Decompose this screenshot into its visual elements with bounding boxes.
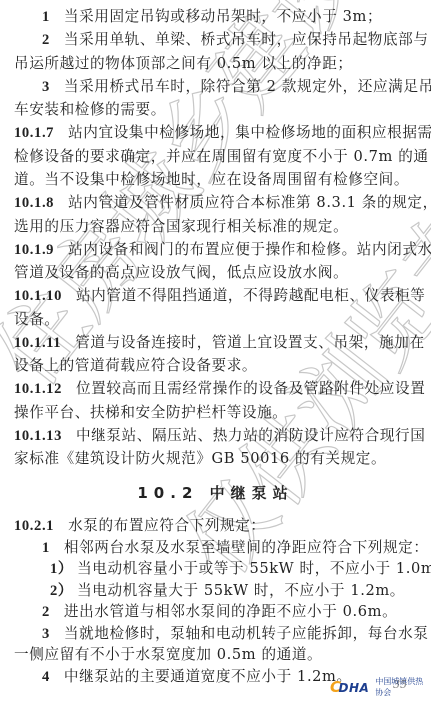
text-line: 选用的压力容器应符合国家现行相关标准的规定。 bbox=[14, 217, 421, 237]
text-line: 管道及设备的高点应设放气阀，低点应设放水阀。 bbox=[14, 263, 421, 283]
section-title: 10.2 中继泵站 bbox=[0, 482, 431, 503]
text-line: 家标准《建筑设计防火规范》GB 50016 的有关规定。 bbox=[14, 449, 421, 469]
list-subitem: 2）当电动机容量大于 55kW 时，不应小于 1.2m。 bbox=[50, 581, 421, 601]
text-line: 设备。 bbox=[14, 310, 421, 330]
list-item: 1相邻两台水泵及水泵至墙壁间的净距应符合下列规定： bbox=[42, 538, 421, 558]
clause-number: 10.1.11 bbox=[14, 335, 61, 351]
document-page: 住房城乡建设部信息公开 仅供浏览专用 1当采用固定吊钩或移动吊架时，不应小于 3… bbox=[0, 0, 431, 704]
text-line: 车安装和检修的需要。 bbox=[14, 100, 421, 120]
list-item: 2进出水管道与相邻水泵间的净距不应小于 0.6m。 bbox=[42, 602, 421, 622]
clause-number: 10.1.9 bbox=[14, 242, 54, 258]
text-line: 一侧应留有不小于水泵宽度加 0.5m 的通道。 bbox=[14, 645, 421, 665]
text-line: 道。当不设集中检修场地时，应在设备周围留有检修空间。 bbox=[14, 170, 421, 190]
cdha-logo: CDHA 中国城镇供热协会 bbox=[330, 676, 431, 698]
clause: 10.1.13中继泵站、隔压站、热力站的消防设计应符合现行国 bbox=[14, 426, 421, 446]
clause: 10.1.10站内管道不得阻挡通道，不得跨越配电柜、仪表柜等 bbox=[14, 286, 421, 306]
clause-number: 10.2.1 bbox=[14, 518, 54, 534]
list-item: 2当采用单轨、单梁、桥式吊车时，应保持吊起物底部与 bbox=[42, 30, 421, 50]
list-item: 3当采用桥式吊车时，除符合第 2 款规定外，还应满足吊 bbox=[42, 77, 421, 97]
logo-mark: CDHA bbox=[330, 678, 369, 696]
clause-number: 10.1.12 bbox=[14, 381, 62, 397]
clause: 10.1.9站内设备和阀门的布置应便于操作和检修。站内闭式水 bbox=[14, 240, 421, 260]
list-item: 3当就地检修时，泵轴和电动机转子应能拆卸，每台水泵 bbox=[42, 624, 421, 644]
text-line: 检修设备的要求确定，并应在周围留有宽度不小于 0.7m 的通 bbox=[14, 147, 421, 167]
text-line: 操作平台、扶梯和安全防护栏杆等设施。 bbox=[14, 403, 421, 423]
list-item: 1当采用固定吊钩或移动吊架时，不应小于 3m； bbox=[42, 7, 421, 27]
page-number: 35 bbox=[393, 678, 407, 691]
clause-number: 10.1.13 bbox=[14, 428, 62, 444]
clause: 10.2.1水泵的布置应符合下列规定： bbox=[14, 516, 421, 536]
text-line: 吊运所越过的物体顶部之间有 0.5m 以上的净距； bbox=[14, 54, 421, 74]
clause: 10.1.8站内管道及管件材质应符合本标准第 8.3.1 条的规定， bbox=[14, 193, 421, 213]
clause-number: 10.1.8 bbox=[14, 195, 54, 211]
text-line: 设备上的管道荷载应符合设备要求。 bbox=[14, 356, 421, 376]
clause-number: 10.1.10 bbox=[14, 288, 62, 304]
clause: 10.1.11管道与设备连接时，管道上宜设置支、吊架，施加在 bbox=[14, 333, 421, 353]
clause-number: 10.1.7 bbox=[14, 125, 54, 141]
list-subitem: 1）当电动机容量小于或等于 55kW 时，不应小于 1.0m； bbox=[50, 559, 421, 579]
clause: 10.1.12位置较高而且需经常操作的设备及管路附件处应设置 bbox=[14, 379, 421, 399]
clause: 10.1.7站内宜设集中检修场地，集中检修场地的面积应根据需 bbox=[14, 123, 421, 143]
